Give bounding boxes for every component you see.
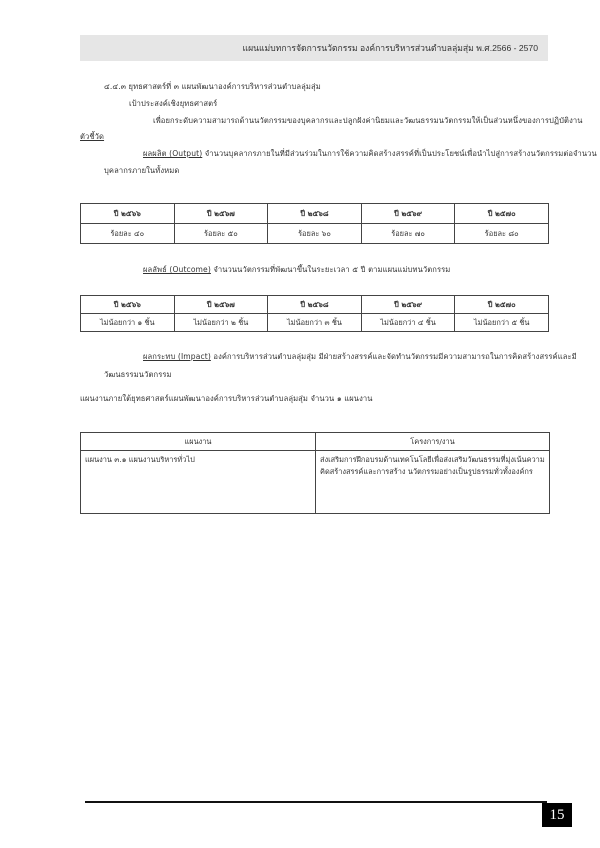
project-cell: ส่งเสริมการฝึกอบรมด้านเทคโนโลยีเพื่อส่งเ… [316, 451, 550, 514]
year-header: ปี ๒๕๖๘ [268, 296, 362, 314]
year-header: ปี ๒๕๖๖ [81, 204, 175, 224]
target-cell: ไม่น้อยกว่า ๔ ชิ้น [361, 314, 455, 332]
table-row: แผนงาน ๓.๑ แผนงานบริหารทั่วไป ส่งเสริมกา… [81, 451, 550, 514]
plans-table: แผนงาน โครงการ/งาน แผนงาน ๓.๑ แผนงานบริห… [80, 432, 550, 514]
section-heading: ๔.๔.๓ ยุทธศาสตร์ที่ ๓ แผนพัฒนาองค์การบริ… [104, 81, 321, 92]
impact-label: ผลกระทบ (Impact) [143, 352, 211, 361]
target-cell: ร้อยละ ๖๐ [268, 224, 362, 244]
outcome-text: จำนวนนวัตกรรมที่พัฒนาขึ้นในระยะเวลา ๕ ปี… [213, 265, 450, 274]
header-title: แผนแม่บทการจัดการนวัตกรรม องค์การบริหารส… [243, 41, 538, 55]
target-cell: ไม่น้อยกว่า ๓ ชิ้น [268, 314, 362, 332]
objective-text: เพื่อยกระดับความสามารถด้านนวัตกรรมของบุค… [153, 115, 583, 126]
year-header: ปี ๒๕๖๗ [174, 204, 268, 224]
page-number-text: 15 [550, 807, 565, 824]
target-cell: ไม่น้อยกว่า ๒ ชิ้น [174, 314, 268, 332]
outcome-paragraph: ผลลัพธ์ (Outcome) จำนวนนวัตกรรมที่พัฒนาข… [143, 264, 450, 275]
target-cell: ร้อยละ ๗๐ [361, 224, 455, 244]
page-number: 15 [542, 803, 572, 827]
year-header: ปี ๒๕๖๗ [174, 296, 268, 314]
output-table: ปี ๒๕๖๖ ปี ๒๕๖๗ ปี ๒๕๖๘ ปี ๒๕๖๙ ปี ๒๕๗๐ … [80, 203, 549, 244]
year-header: ปี ๒๕๗๐ [455, 296, 549, 314]
document-page: แผนแม่บทการจัดการนวัตกรรม องค์การบริหารส… [0, 0, 600, 848]
year-header: ปี ๒๕๗๐ [455, 204, 549, 224]
output-paragraph: ผลผลิต (Output) จำนวนบุคลากรภายในที่มีส่… [143, 148, 597, 159]
target-cell: ร้อยละ ๔๐ [81, 224, 175, 244]
project-header: โครงการ/งาน [316, 433, 550, 451]
outcome-table: ปี ๒๕๖๖ ปี ๒๕๖๗ ปี ๒๕๖๘ ปี ๒๕๖๙ ปี ๒๕๗๐ … [80, 295, 549, 332]
impact-text-cont: วัฒนธรรมนวัตกรรม [104, 369, 172, 380]
target-cell: ร้อยละ ๕๐ [174, 224, 268, 244]
plan-header: แผนงาน [81, 433, 316, 451]
running-header: แผนแม่บทการจัดการนวัตกรรม องค์การบริหารส… [80, 35, 548, 61]
output-text: จำนวนบุคลากรภายในที่มีส่วนร่วมในการใช้คว… [205, 149, 597, 158]
objective-label: เป้าประสงค์เชิงยุทธศาสตร์ [129, 98, 217, 109]
year-header: ปี ๒๕๖๙ [361, 204, 455, 224]
outcome-label: ผลลัพธ์ (Outcome) [143, 265, 211, 274]
impact-text: องค์การบริหารส่วนตำบลลุ่มสุ่ม มีฝ่ายสร้า… [213, 352, 576, 361]
footer-rule [85, 801, 547, 803]
plans-intro: แผนงานภายใต้ยุทธศาสตร์แผนพัฒนาองค์การบริ… [80, 393, 373, 404]
year-header: ปี ๒๕๖๖ [81, 296, 175, 314]
target-cell: ร้อยละ ๘๐ [455, 224, 549, 244]
indicator-label: ตัวชี้วัด [80, 131, 104, 142]
impact-paragraph: ผลกระทบ (Impact) องค์การบริหารส่วนตำบลลุ… [143, 351, 577, 362]
output-label: ผลผลิต (Output) [143, 149, 202, 158]
target-cell: ไม่น้อยกว่า ๕ ชิ้น [455, 314, 549, 332]
output-text-cont: บุคลากรภายในทั้งหมด [104, 165, 179, 176]
year-header: ปี ๒๕๖๘ [268, 204, 362, 224]
year-header: ปี ๒๕๖๙ [361, 296, 455, 314]
target-cell: ไม่น้อยกว่า ๑ ชิ้น [81, 314, 175, 332]
plan-cell: แผนงาน ๓.๑ แผนงานบริหารทั่วไป [81, 451, 316, 514]
